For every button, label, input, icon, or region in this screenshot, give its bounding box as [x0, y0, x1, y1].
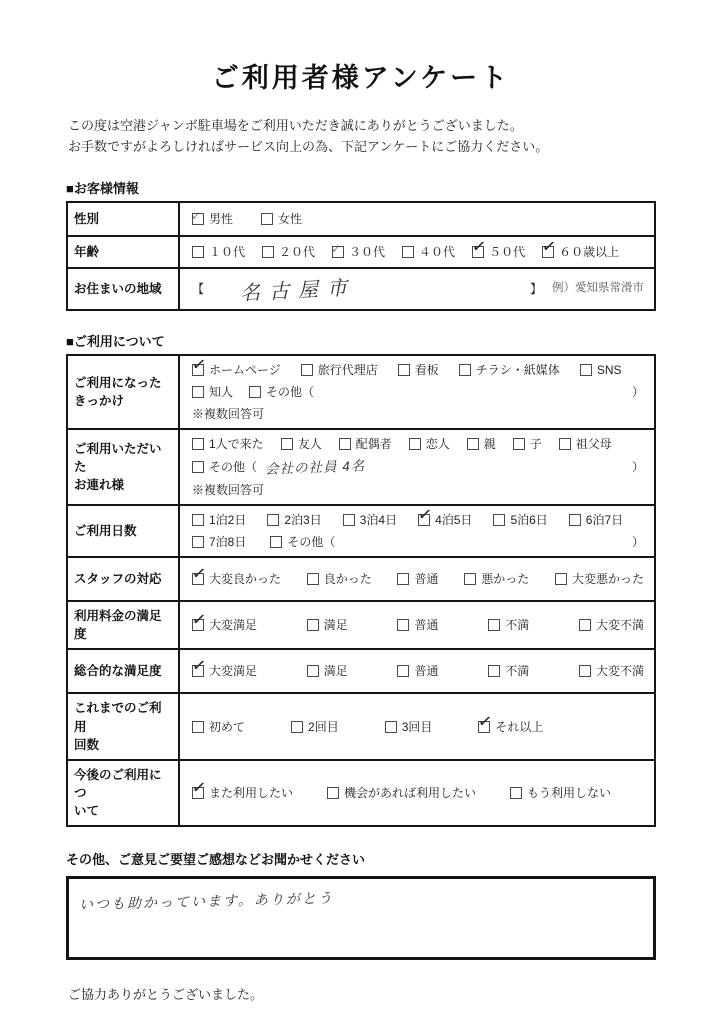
option-label: 大変満足 [209, 616, 257, 634]
comments-box[interactable]: いつも助かっています。ありがとう [66, 876, 656, 960]
option-label: ６０歳以上 [559, 243, 619, 261]
check-mark-icon: ✓ [417, 505, 433, 524]
checkbox[interactable] [385, 721, 397, 733]
option-line: ✓また利用したい機会があれば利用したいもう利用しない [192, 784, 644, 802]
option: ✓５０代 [472, 243, 525, 261]
option-label: SNS [597, 361, 622, 379]
option-label: その他（ [209, 458, 257, 476]
checkbox[interactable]: ✓ [542, 246, 554, 258]
option: その他（ [270, 533, 335, 551]
checkbox[interactable]: ✓ [192, 665, 204, 677]
close-paren: ） [632, 458, 644, 476]
check-mark-icon: ✓ [331, 243, 341, 255]
option: 2泊3日 [267, 511, 321, 529]
option: 知人 [192, 383, 233, 401]
row-label-future-use: 今後のご利用につ いて [68, 761, 180, 825]
option-label: 7泊8日 [209, 533, 246, 551]
option: 悪かった [464, 570, 529, 588]
row-content-staff-response: ✓大変良かった良かった普通悪かった大変悪かった [180, 558, 654, 600]
customer-info-table: 性別✓男性女性年齢１０代２０代✓３０代４０代✓５０代✓６０歳以上お住まいの地域【… [66, 201, 656, 311]
checkbox[interactable] [580, 364, 592, 376]
checkbox[interactable]: ✓ [478, 721, 490, 733]
checkbox[interactable] [339, 438, 351, 450]
row-label-trigger: ご利用になった きっかけ [68, 356, 180, 428]
option: 親 [467, 435, 496, 453]
option: SNS [580, 361, 622, 379]
option-label: 看板 [415, 361, 439, 379]
table-row-staff-response: スタッフの対応✓大変良かった良かった普通悪かった大変悪かった [68, 556, 654, 600]
table-row-region: お住まいの地域【名古屋市】例）愛知県常滑市 [68, 267, 654, 309]
checkbox[interactable] [192, 461, 204, 473]
row-label-age: 年齢 [68, 237, 180, 267]
row-content-future-use: ✓また利用したい機会があれば利用したいもう利用しない [180, 761, 654, 825]
check-mark-icon: ✓ [541, 237, 557, 256]
option: 不満 [488, 616, 529, 634]
option-label: その他（ [287, 533, 335, 551]
option-label: ４０代 [419, 243, 455, 261]
page-title: ご利用者様アンケート [66, 56, 656, 95]
option: 機会があれば利用したい [327, 784, 476, 802]
option-label: 親 [484, 435, 496, 453]
checkbox[interactable]: ✓ [418, 514, 430, 526]
checkbox[interactable] [301, 364, 313, 376]
option: ✓ホームページ [192, 361, 281, 379]
row-label-region: お住まいの地域 [68, 269, 180, 309]
comments-heading: その他、ご意見ご要望ご感想などお聞かせください [66, 849, 656, 868]
option-label: 不満 [505, 616, 529, 634]
option: 5泊6日 [493, 511, 547, 529]
open-bracket: 【 [192, 280, 204, 298]
option-label: また利用したい [209, 784, 293, 802]
checkbox[interactable] [513, 438, 525, 450]
option-label: 満足 [324, 616, 348, 634]
option-label: ３０代 [349, 243, 385, 261]
checkbox[interactable] [510, 787, 522, 799]
option-line: ✓ホームページ旅行代理店看板チラシ・紙媒体SNS [192, 361, 644, 379]
checkbox[interactable] [493, 514, 505, 526]
checkbox[interactable] [192, 514, 204, 526]
option: 大変不満 [579, 662, 644, 680]
checkbox[interactable]: ✓ [192, 787, 204, 799]
option-label: チラシ・紙媒体 [476, 361, 560, 379]
option-label: 大変良かった [209, 570, 281, 588]
close-bracket: 】 [530, 280, 542, 298]
close-paren: ） [632, 533, 644, 551]
option-label: 大変悪かった [572, 570, 644, 588]
option: 普通 [397, 662, 438, 680]
option-label: 普通 [414, 616, 438, 634]
checkbox[interactable] [579, 619, 591, 631]
check-mark-icon: ✓ [471, 237, 487, 256]
checkbox[interactable] [467, 438, 479, 450]
checkbox[interactable] [409, 438, 421, 450]
section-customer-info-label: ■お客様情報 [66, 178, 656, 197]
option-line: ※複数回答可 [192, 481, 644, 499]
option: 普通 [397, 570, 438, 588]
option-line: ✓男性女性 [192, 210, 644, 228]
checkbox[interactable] [307, 573, 319, 585]
handwritten-text: 会社の社員 4名 [265, 456, 366, 480]
option-line: 1人で来た友人配偶者恋人親子祖父母 [192, 435, 644, 453]
row-label-companions: ご利用いただいた お連れ様 [68, 430, 180, 504]
option-label: 3泊4日 [360, 511, 397, 529]
example-hint: 例）愛知県常滑市 [552, 280, 644, 297]
checkbox[interactable] [249, 386, 261, 398]
checkbox[interactable] [270, 536, 282, 548]
row-content-companions: 1人で来た友人配偶者恋人親子祖父母その他（会社の社員 4名）※複数回答可 [180, 430, 654, 504]
table-row-age: 年齢１０代２０代✓３０代４０代✓５０代✓６０歳以上 [68, 235, 654, 267]
option-line: その他（会社の社員 4名） [192, 457, 644, 477]
checkbox[interactable] [343, 514, 355, 526]
option-label: 良かった [324, 570, 372, 588]
table-row-future-use: 今後のご利用につ いて✓また利用したい機会があれば利用したいもう利用しない [68, 759, 654, 825]
option: 大変不満 [579, 616, 644, 634]
option-label: 6泊7日 [586, 511, 623, 529]
option-label: 大変不満 [596, 662, 644, 680]
option-line: 1泊2日2泊3日3泊4日✓4泊5日5泊6日6泊7日 [192, 511, 644, 529]
option: 3回目 [385, 718, 433, 736]
checkbox[interactable] [307, 619, 319, 631]
checkbox[interactable] [398, 364, 410, 376]
option: ２０代 [262, 243, 315, 261]
option: 不満 [488, 662, 529, 680]
option-label: 2泊3日 [284, 511, 321, 529]
option: 7泊8日 [192, 533, 246, 551]
option-label: 1泊2日 [209, 511, 246, 529]
checkbox[interactable] [555, 573, 567, 585]
option: 初めて [192, 718, 245, 736]
checkbox[interactable] [464, 573, 476, 585]
option-line: ✓大変満足満足普通不満大変不満 [192, 662, 644, 680]
check-mark-icon: ✓ [191, 210, 201, 222]
option: ✓大変満足 [192, 662, 257, 680]
option-label: 恋人 [426, 435, 450, 453]
option: 6泊7日 [569, 511, 623, 529]
table-row-companions: ご利用いただいた お連れ様1人で来た友人配偶者恋人親子祖父母その他（会社の社員 … [68, 428, 654, 504]
option: ４０代 [402, 243, 455, 261]
checkbox[interactable]: ✓ [192, 213, 204, 225]
option: 普通 [397, 616, 438, 634]
option: 満足 [307, 616, 348, 634]
checkbox[interactable] [307, 665, 319, 677]
option: ✓それ以上 [478, 718, 543, 736]
row-content-nights: 1泊2日2泊3日3泊4日✓4泊5日5泊6日6泊7日7泊8日その他（） [180, 506, 654, 556]
row-label-visit-count: これまでのご利用 回数 [68, 694, 180, 758]
intro-line-1: この度は空港ジャンボ駐車場をご利用いただき誠にありがとうございました。 [68, 118, 523, 133]
option: 満足 [307, 662, 348, 680]
option: ✓男性 [192, 210, 233, 228]
option-line: ✓大変良かった良かった普通悪かった大変悪かった [192, 570, 644, 588]
option-label: 普通 [414, 570, 438, 588]
usage-table: ご利用になった きっかけ✓ホームページ旅行代理店看板チラシ・紙媒体SNS知人その… [66, 354, 656, 827]
option: その他（ [249, 383, 314, 401]
checkbox[interactable] [397, 665, 409, 677]
check-mark-icon: ✓ [477, 712, 493, 731]
checkbox[interactable] [291, 721, 303, 733]
section-usage-label: ■ご利用について [66, 331, 656, 350]
check-mark-icon: ✓ [191, 656, 207, 675]
row-label-overall-satisfaction: 総合的な満足度 [68, 650, 180, 692]
checkbox[interactable] [488, 619, 500, 631]
checkbox[interactable] [459, 364, 471, 376]
option-line: 知人その他（） [192, 383, 644, 401]
option-line: ✓大変満足満足普通不満大変不満 [192, 616, 644, 634]
option-line: 7泊8日その他（） [192, 533, 644, 551]
option: 配偶者 [339, 435, 392, 453]
check-mark-icon: ✓ [191, 610, 207, 629]
multi-answer-note: ※複数回答可 [192, 405, 264, 423]
option: 大変悪かった [555, 570, 644, 588]
option-label: 女性 [278, 210, 302, 228]
option-line: ※複数回答可 [192, 405, 644, 423]
row-label-staff-response: スタッフの対応 [68, 558, 180, 600]
option-line: 【名古屋市】例）愛知県常滑市 [192, 274, 644, 304]
checkbox[interactable] [261, 213, 273, 225]
check-mark-icon: ✓ [191, 355, 207, 374]
option-label: 機会があれば利用したい [344, 784, 476, 802]
checkbox[interactable] [262, 246, 274, 258]
option-line: １０代２０代✓３０代４０代✓５０代✓６０歳以上 [192, 243, 644, 261]
row-content-trigger: ✓ホームページ旅行代理店看板チラシ・紙媒体SNS知人その他（）※複数回答可 [180, 356, 654, 428]
intro-line-2: お手数ですがよろしければサービス向上の為、下記アンケートにご協力ください。 [68, 139, 548, 154]
option-label: 大変満足 [209, 662, 257, 680]
option: 1泊2日 [192, 511, 246, 529]
option-label: 友人 [298, 435, 322, 453]
option: その他（ [192, 458, 257, 476]
option-label: 3回目 [402, 718, 433, 736]
option-label: それ以上 [495, 718, 543, 736]
checkbox[interactable] [569, 514, 581, 526]
option-label: 知人 [209, 383, 233, 401]
checkbox[interactable] [192, 721, 204, 733]
checkbox[interactable]: ✓ [472, 246, 484, 258]
option: ✓６０歳以上 [542, 243, 619, 261]
option: 2回目 [291, 718, 339, 736]
option-label: ホームページ [209, 361, 281, 379]
option: ✓大変良かった [192, 570, 281, 588]
option-label: １０代 [209, 243, 245, 261]
option: １０代 [192, 243, 245, 261]
table-row-gender: 性別✓男性女性 [68, 203, 654, 235]
checkbox[interactable] [559, 438, 571, 450]
option: 3泊4日 [343, 511, 397, 529]
checkbox[interactable]: ✓ [192, 573, 204, 585]
option-label: 5泊6日 [510, 511, 547, 529]
row-label-price-satisfaction: 利用料金の満足度 [68, 602, 180, 648]
handwritten-comment: いつも助かっています。ありがとう [79, 888, 334, 915]
option-label: 満足 [324, 662, 348, 680]
option-label: 旅行代理店 [318, 361, 378, 379]
checkbox[interactable] [281, 438, 293, 450]
row-content-visit-count: 初めて2回目3回目✓それ以上 [180, 694, 654, 758]
closing-text: ご協力ありがとうございました。 [68, 984, 656, 1003]
option-label: その他（ [266, 383, 314, 401]
row-content-age: １０代２０代✓３０代４０代✓５０代✓６０歳以上 [180, 237, 654, 267]
multi-answer-note: ※複数回答可 [192, 481, 264, 499]
check-mark-icon: ✓ [191, 778, 207, 797]
checkbox[interactable] [192, 246, 204, 258]
option: ✓また利用したい [192, 784, 293, 802]
option: 子 [513, 435, 542, 453]
checkbox[interactable] [402, 246, 414, 258]
option-label: 配偶者 [356, 435, 392, 453]
row-content-region: 【名古屋市】例）愛知県常滑市 [180, 269, 654, 309]
checkbox[interactable] [579, 665, 591, 677]
option-label: 普通 [414, 662, 438, 680]
option-label: 悪かった [481, 570, 529, 588]
option: チラシ・紙媒体 [459, 361, 560, 379]
row-content-gender: ✓男性女性 [180, 203, 654, 235]
checkbox[interactable] [397, 573, 409, 585]
option-label: 4泊5日 [435, 511, 472, 529]
row-content-price-satisfaction: ✓大変満足満足普通不満大変不満 [180, 602, 654, 648]
option-label: 大変不満 [596, 616, 644, 634]
checkbox[interactable]: ✓ [192, 619, 204, 631]
option-label: 1人で来た [209, 435, 264, 453]
option: 祖父母 [559, 435, 612, 453]
checkbox[interactable] [192, 438, 204, 450]
checkbox[interactable] [192, 386, 204, 398]
table-row-price-satisfaction: 利用料金の満足度✓大変満足満足普通不満大変不満 [68, 600, 654, 648]
option-label: 祖父母 [576, 435, 612, 453]
table-row-nights: ご利用日数1泊2日2泊3日3泊4日✓4泊5日5泊6日6泊7日7泊8日その他（） [68, 504, 654, 556]
table-row-overall-satisfaction: 総合的な満足度✓大変満足満足普通不満大変不満 [68, 648, 654, 692]
table-row-trigger: ご利用になった きっかけ✓ホームページ旅行代理店看板チラシ・紙媒体SNS知人その… [68, 356, 654, 428]
option-label: ５０代 [489, 243, 525, 261]
option: 友人 [281, 435, 322, 453]
survey-page: ご利用者様アンケート この度は空港ジャンボ駐車場をご利用いただき誠にありがとうご… [0, 0, 723, 1024]
option: ✓３０代 [332, 243, 385, 261]
option-label: 初めて [209, 718, 245, 736]
table-row-visit-count: これまでのご利用 回数初めて2回目3回目✓それ以上 [68, 692, 654, 758]
intro-text: この度は空港ジャンボ駐車場をご利用いただき誠にありがとうございました。 お手数で… [68, 115, 656, 158]
option: 女性 [261, 210, 302, 228]
row-content-overall-satisfaction: ✓大変満足満足普通不満大変不満 [180, 650, 654, 692]
checkbox[interactable] [397, 619, 409, 631]
option: 恋人 [409, 435, 450, 453]
option: もう利用しない [510, 784, 611, 802]
option: ✓大変満足 [192, 616, 257, 634]
option: 良かった [307, 570, 372, 588]
checkbox[interactable]: ✓ [332, 246, 344, 258]
option-line: 初めて2回目3回目✓それ以上 [192, 718, 644, 736]
checkbox[interactable] [267, 514, 279, 526]
option-label: 男性 [209, 210, 233, 228]
option-label: 不満 [505, 662, 529, 680]
option: 看板 [398, 361, 439, 379]
option-label: ２０代 [279, 243, 315, 261]
checkbox[interactable] [327, 787, 339, 799]
check-mark-icon: ✓ [191, 564, 207, 583]
checkbox[interactable]: ✓ [192, 364, 204, 376]
row-label-nights: ご利用日数 [68, 506, 180, 556]
option-label: 子 [530, 435, 542, 453]
row-label-gender: 性別 [68, 203, 180, 235]
option-label: もう利用しない [527, 784, 611, 802]
handwritten-text: 名古屋市 [239, 273, 356, 309]
option: 1人で来た [192, 435, 264, 453]
close-paren: ） [632, 383, 644, 401]
option: ✓4泊5日 [418, 511, 472, 529]
option: 旅行代理店 [301, 361, 378, 379]
checkbox[interactable] [488, 665, 500, 677]
option-label: 2回目 [308, 718, 339, 736]
checkbox[interactable] [192, 536, 204, 548]
